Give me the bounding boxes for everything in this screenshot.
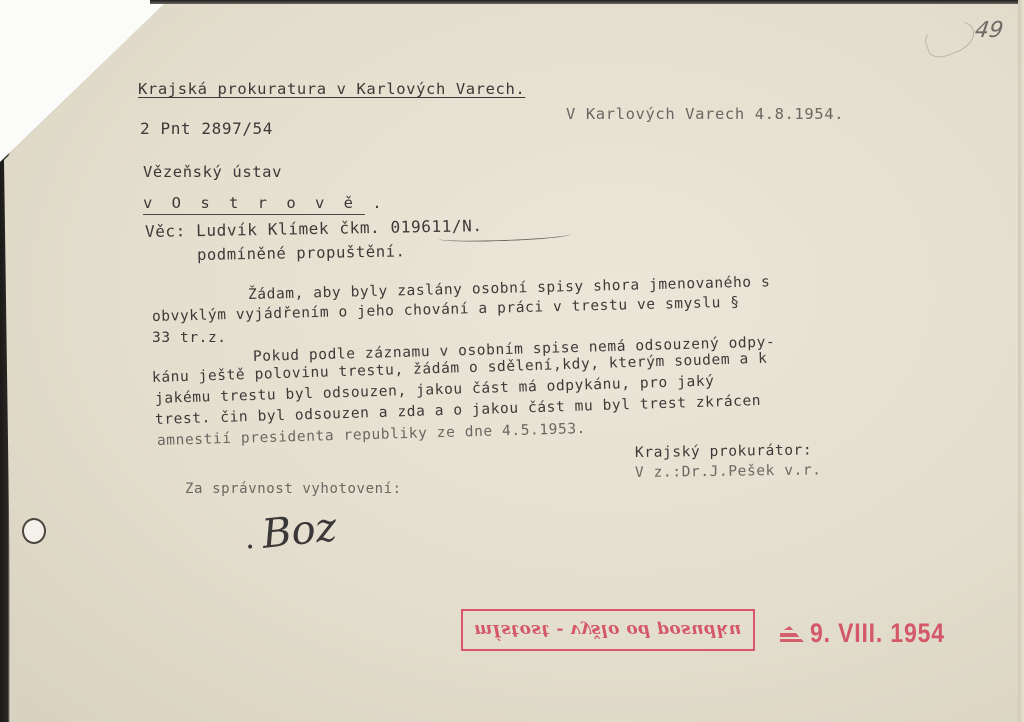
page-right-edge bbox=[1018, 0, 1024, 722]
mirrored-stamp-text: mÍstost - vyšlo od posudku bbox=[474, 620, 741, 640]
file-number: 2 Pnt 2897/54 bbox=[140, 121, 273, 137]
signatory-name: V z.:Dr.J.Pešek v.r. bbox=[635, 463, 822, 480]
page-top-edge bbox=[150, 0, 1024, 4]
recipient-line1: Vězeňský ústav bbox=[143, 165, 282, 181]
office-header: Krajská prokuratura v Karlových Varech. bbox=[138, 82, 525, 98]
handwritten-page-number: 49 bbox=[973, 18, 1005, 43]
punch-hole bbox=[22, 518, 46, 544]
place-date: V Karlových Varech 4.8.1954. bbox=[566, 107, 844, 123]
office-name: Krajská prokuratura v Karlových Varech. bbox=[138, 80, 525, 98]
body-line: 33 tr.z. bbox=[152, 331, 227, 346]
recipient-underline bbox=[143, 214, 365, 215]
recipient-line2: v O s t r o v ě . bbox=[143, 196, 387, 212]
certification-label: Za správnost vyhotovení: bbox=[185, 482, 402, 496]
mirrored-stamp: mÍstost - vyšlo od posudku bbox=[461, 609, 755, 651]
handwritten-initials: Boz bbox=[260, 504, 339, 558]
signatory-title: Krajský prokurátor: bbox=[635, 444, 812, 461]
subject-line2: podmíněné propuštění. bbox=[197, 244, 406, 263]
date-stamp: 9. VIII. 1954 bbox=[810, 618, 945, 649]
subject-label: Věc: bbox=[145, 221, 186, 241]
initials-dot: • bbox=[246, 540, 254, 556]
